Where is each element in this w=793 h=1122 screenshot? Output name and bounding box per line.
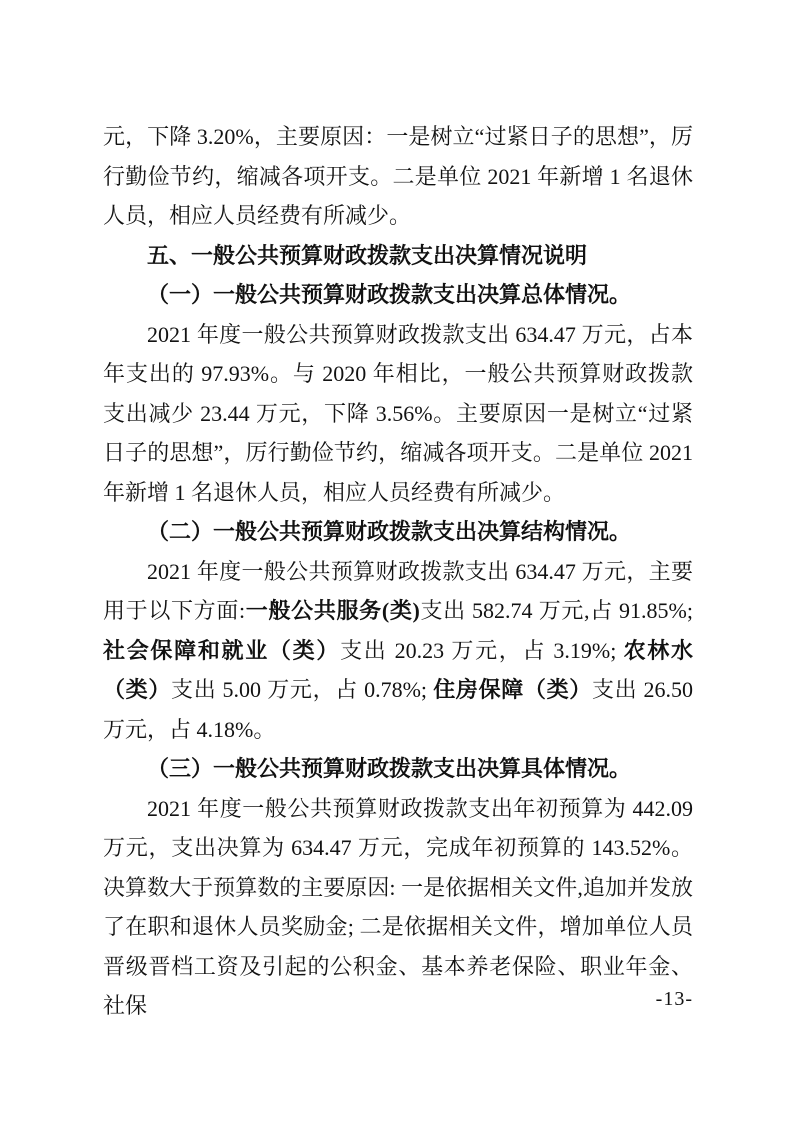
subsection-heading-5-3: （三）一般公共预算财政拨款支出决算具体情况。 [103,749,693,789]
document-page: 元，下降 3.20%，主要原因：一是树立“过紧日子的思想”，厉行勤俭节约，缩减各… [0,0,793,1122]
paragraph-expenditure-structure: 2021 年度一般公共预算财政拨款支出 634.47 万元，主要用于以下方面:一… [103,552,693,750]
document-body: 元，下降 3.20%，主要原因：一是树立“过紧日子的思想”，厉行勤俭节约，缩减各… [103,117,693,1026]
section-heading-five: 五、一般公共预算财政拨款支出决算情况说明 [103,236,693,276]
text-run-category: 社会保障和就业（类） [103,638,340,663]
page-number: -13- [103,988,693,1011]
text-run: 支出 5.00 万元，占 0.78%; [171,677,433,702]
subsection-heading-5-1: （一）一般公共预算财政拨款支出决算总体情况。 [103,275,693,315]
text-run: 支出 582.74 万元,占 91.85%; [420,598,693,623]
subsection-heading-5-2: （二）一般公共预算财政拨款支出决算结构情况。 [103,512,693,552]
text-run-category: 一般公共服务(类) [245,598,420,623]
text-run: 支出 20.23 万元，占 3.19%; [340,638,624,663]
paragraph-overall-situation: 2021 年度一般公共预算财政拨款支出 634.47 万元，占本年支出的 97.… [103,315,693,513]
text-run-category: 住房保障（类） [433,677,592,702]
paragraph-continuation: 元，下降 3.20%，主要原因：一是树立“过紧日子的思想”，厉行勤俭节约，缩减各… [103,117,693,236]
